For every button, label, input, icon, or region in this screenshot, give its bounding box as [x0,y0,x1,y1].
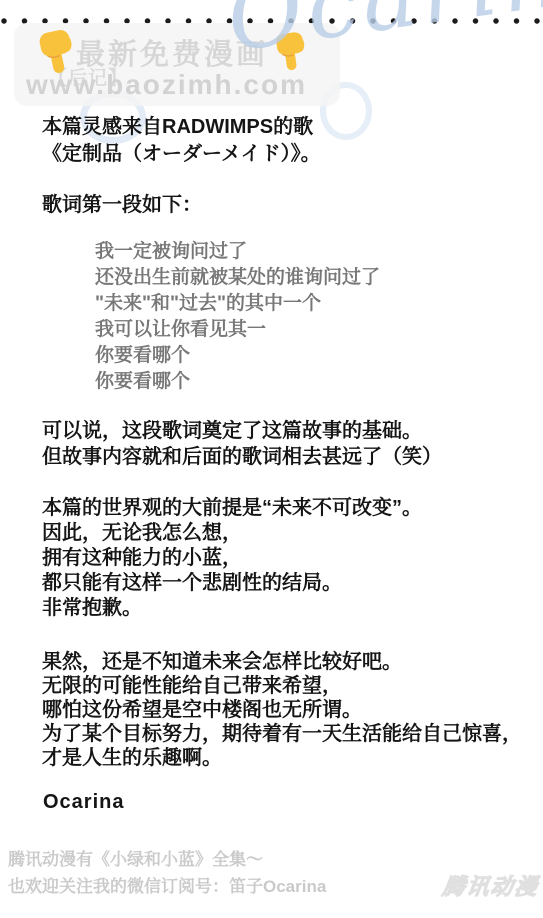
lyric-line: 我可以让你看见其一 [95,317,380,343]
tencent-comics-logo: 腾讯动漫 [441,870,541,901]
down-finger-icon [273,29,308,74]
intro-paragraph: 本篇灵感来自RADWIMPS的歌 《定制品（オーダーメイド）》。 [42,114,321,168]
commentary-paragraph-2: 本篇的世界观的大前提是“未来不可改变”。 因此，无论我怎么想， 拥有这种能力的小… [42,496,422,621]
text-line: 无限的可能性能给自己带来希望， [42,674,522,698]
comic-afterword-page: 【后记】 最新免费漫画 www.baozimh.com Ocarina 本篇灵感… [0,0,543,918]
commentary-paragraph-1: 可以说，这段歌词奠定了这篇故事的基础。 但故事内容就和后面的歌词相去甚远了（笑） [42,418,442,470]
author-signature: Ocarina [43,791,124,814]
watermark-banner-title: 最新免费漫画 [76,32,268,73]
text-line: 哪怕这份希望是空中楼阁也无所谓。 [42,698,522,722]
watermark-banner-url: www.baozimh.com [26,69,307,101]
site-watermark-banner: 最新免费漫画 www.baozimh.com [14,23,340,106]
lyric-line: "未来"和"过去"的其中一个 [95,291,380,317]
text-line: 为了某个目标努力，期待着有一天生活能给自己惊喜， [42,722,522,746]
text-line: 可以说，这段歌词奠定了这篇故事的基础。 [42,418,442,444]
text-line: 但故事内容就和后面的歌词相去甚远了（笑） [42,444,442,470]
lyrics-quote-block: 我一定被询问过了 还没出生前就被某处的谁询问过了 "未来"和"过去"的其中一个 … [95,239,380,395]
text-line: 因此，无论我怎么想， [42,521,422,546]
lyric-line: 还没出生前就被某处的谁询问过了 [95,265,380,291]
text-line: 才是人生的乐趣啊。 [42,746,522,770]
commentary-paragraph-3: 果然，还是不知道未来会怎样比较好吧。 无限的可能性能给自己带来希望， 哪怕这份希… [42,650,522,770]
text-line: 都只能有这样一个悲剧性的结局。 [42,571,422,596]
lyrics-lead-line: 歌词第一段如下： [42,192,202,218]
lyric-line: 你要看哪个 [95,343,380,369]
text-line: 歌词第一段如下： [42,192,202,218]
lyric-line: 我一定被询问过了 [95,239,380,265]
text-line: 果然，还是不知道未来会怎样比较好吧。 [42,650,522,674]
lyric-line: 你要看哪个 [95,369,380,395]
text-line: 本篇灵感来自RADWIMPS的歌 [42,114,321,141]
text-line: 本篇的世界观的大前提是“未来不可改变”。 [42,496,422,521]
footer-line: 也欢迎关注我的微信订阅号：笛子Ocarina [8,873,326,900]
text-line: 拥有这种能力的小蓝， [42,546,422,571]
publisher-footer-note: 腾讯动漫有《小绿和小蓝》全集～ 也欢迎关注我的微信订阅号：笛子Ocarina [8,846,326,900]
text-line: 《定制品（オーダーメイド）》。 [42,141,321,168]
footer-line: 腾讯动漫有《小绿和小蓝》全集～ [8,846,326,873]
text-line: 非常抱歉。 [42,596,422,621]
